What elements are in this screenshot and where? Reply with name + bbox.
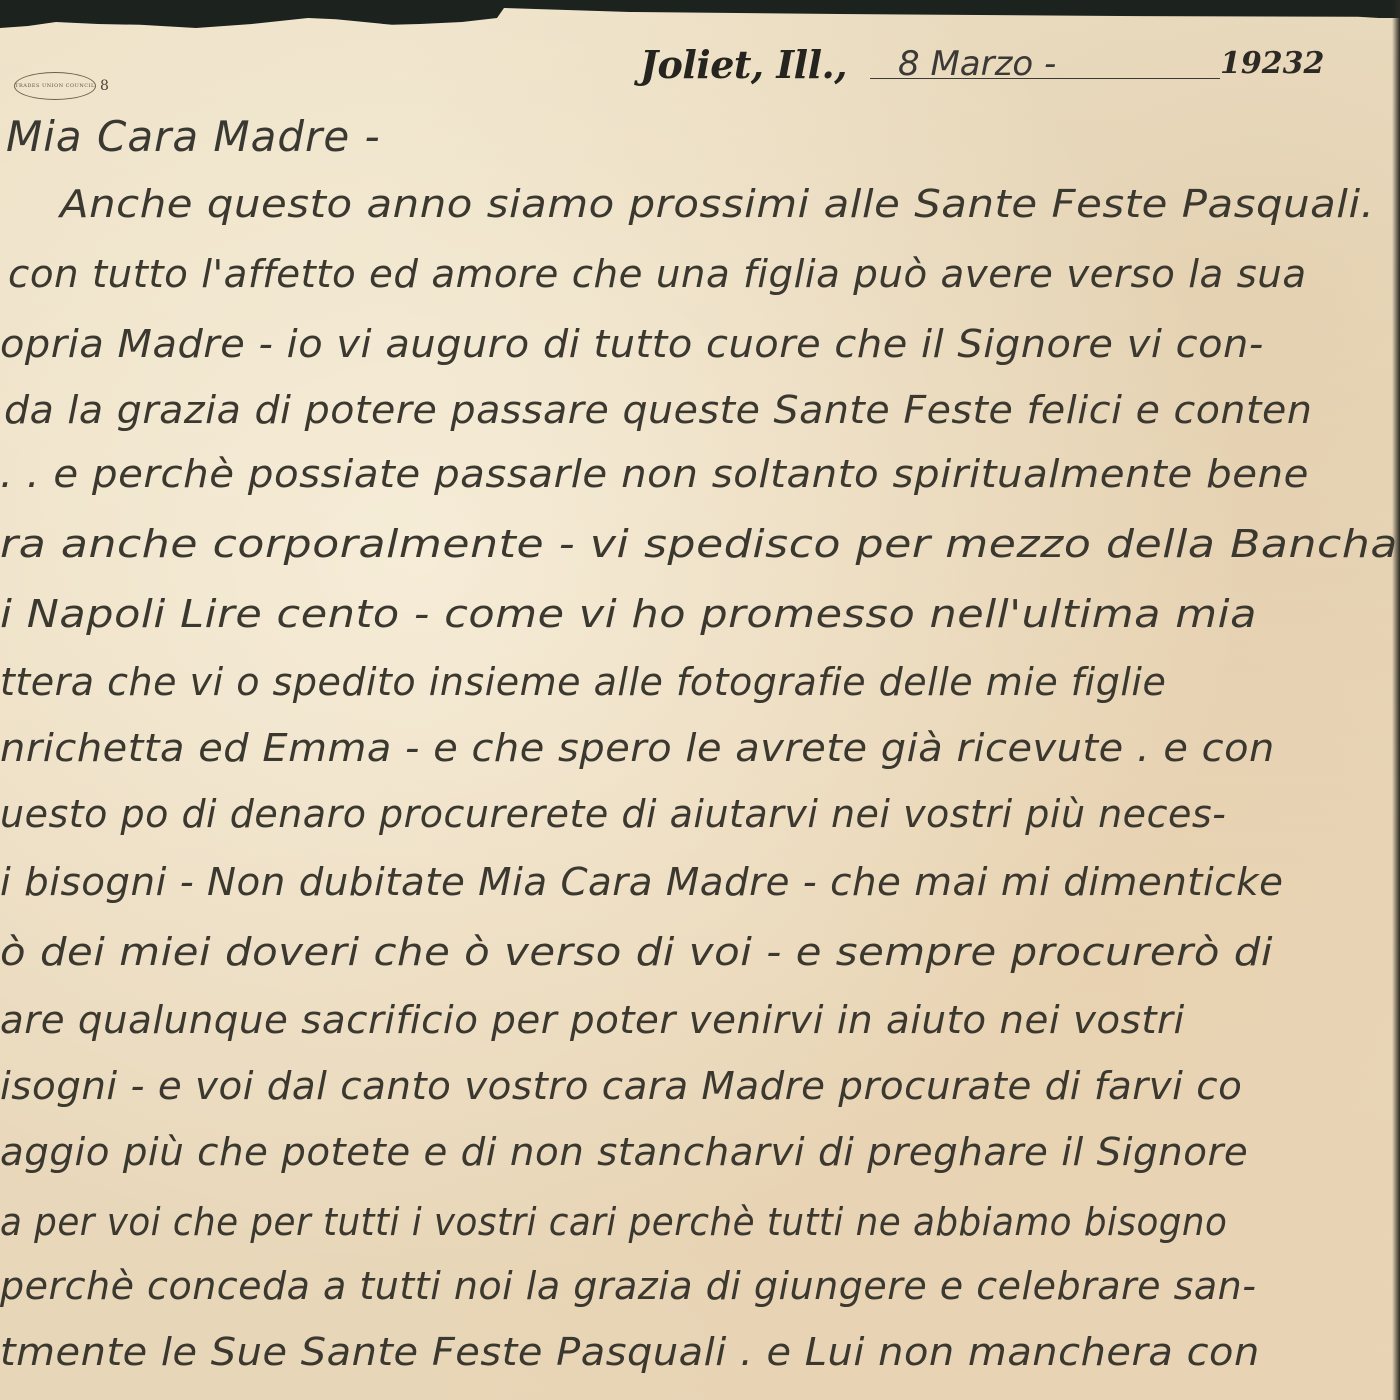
letter-line: perchè conceda a tutti noi la grazia di …	[0, 1264, 1256, 1308]
letter-line: isogni - e voi dal canto vostro cara Mad…	[0, 1064, 1242, 1108]
letter-line: da la grazia di potere passare queste Sa…	[4, 388, 1312, 432]
letter-line: Anche questo anno siamo prossimi alle Sa…	[60, 182, 1374, 226]
letter-line: ra anche corporalmente - vi spedisco per…	[0, 522, 1398, 566]
letter-body: Anche questo anno siamo prossimi alle Sa…	[0, 0, 1400, 1400]
letter-line: a per voi che per tutti i vostri cari pe…	[0, 1200, 1227, 1244]
letter-line: nrichetta ed Emma - e che spero le avret…	[0, 726, 1275, 770]
letter-line: uesto po di denaro procurerete di aiutar…	[0, 792, 1226, 836]
letter-line: i Napoli Lire cento - come vi ho promess…	[0, 592, 1257, 636]
letter-line: i bisogni - Non dubitate Mia Cara Madre …	[0, 860, 1283, 904]
letter-line: ttera che vi o spedito insieme alle foto…	[0, 660, 1166, 704]
letter-line: aggio più che potete e di non stancharvi…	[0, 1130, 1248, 1174]
letter-line: are qualunque sacrificio per poter venir…	[0, 998, 1185, 1042]
letter-line: . . e perchè possiate passarle non solta…	[0, 452, 1309, 496]
letter-line: con tutto l'affetto ed amore che una fig…	[8, 252, 1307, 296]
letter-line: tmente le Sue Sante Feste Pasquali . e L…	[0, 1330, 1260, 1374]
letter-line: ò dei miei doveri che ò verso di voi - e…	[0, 930, 1273, 974]
letter-line: opria Madre - io vi auguro di tutto cuor…	[0, 322, 1264, 366]
